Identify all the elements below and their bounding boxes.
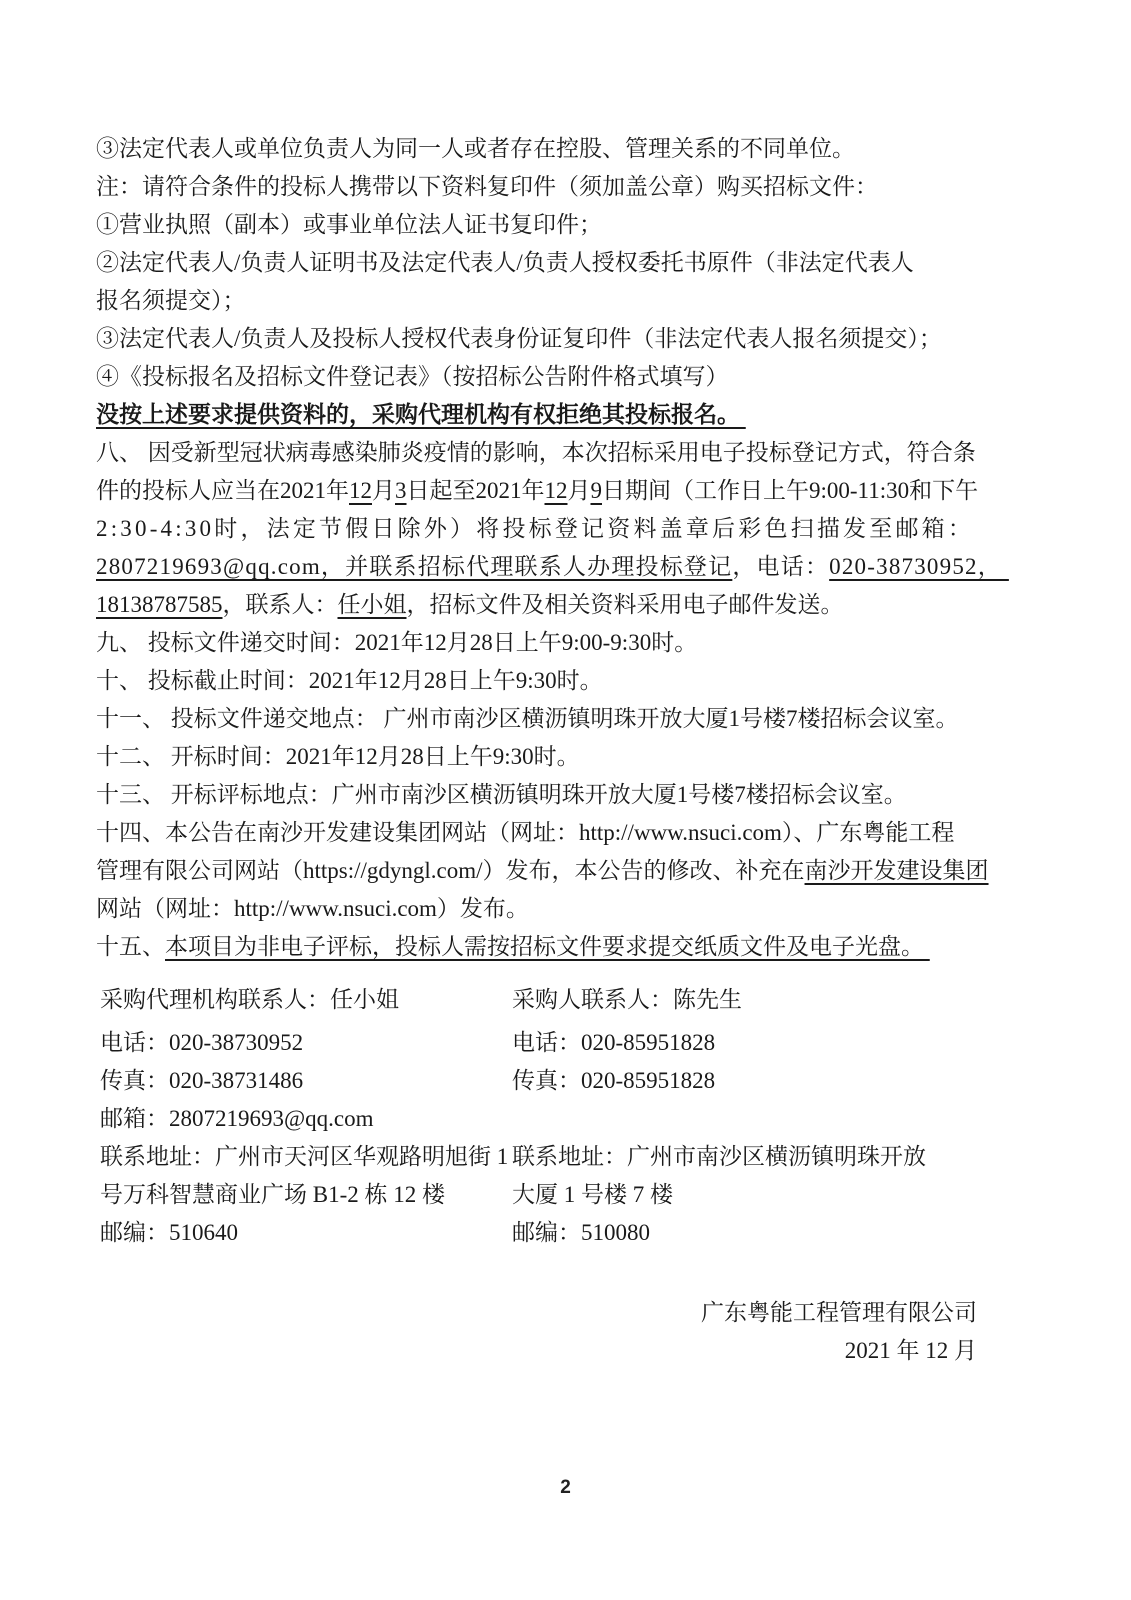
contact-row-postcode: 邮编：510640邮编：510080 [100, 1214, 1030, 1252]
text-run: 十一、 投标文件递交地点： 广州市南沙区横沥镇明珠开放大厦1号楼7楼招标会议室。 [96, 706, 959, 731]
text-run: 十三、 开标评标地点：广州市南沙区横沥镇明珠开放大厦1号楼7楼招标会议室。 [96, 782, 907, 807]
agency-persons: 采购代理机构联系人：任小姐 [100, 981, 512, 1019]
text-run: 管理有限公司网站（https://gdyngl.com/）发布，本公告的修改、补… [96, 858, 805, 883]
item-12: 十二、 开标时间：2021年12月28日上午9:30时。 [96, 738, 1030, 776]
item-14-line-2: 管理有限公司网站（https://gdyngl.com/）发布，本公告的修改、补… [96, 852, 1030, 890]
contact-row-persons: 采购代理机构联系人：任小姐采购人联系人：陈先生 [100, 981, 1030, 1019]
text-run: 2:30-4:30时，法定节假日除外）将投标登记资料盖章后彩色扫描发至邮箱： [96, 516, 974, 541]
text-run: ，联系人： [223, 592, 338, 617]
item-15: 十五、本项目为非电子评标，投标人需按招标文件要求提交纸质文件及电子光盘。 [96, 928, 1030, 966]
contact-row-fax: 传真：020-38731486传真：020-85951828 [100, 1062, 1030, 1100]
note-header: 注：请符合条件的投标人携带以下资料复印件（须加盖公章）购买招标文件： [96, 168, 1030, 206]
signature-date: 2021 年 12 月 [96, 1332, 977, 1370]
purchaser-address-1: 联系地址：广州市南沙区横沥镇明珠开放 [512, 1138, 1030, 1176]
text-run: 十二、 开标时间：2021年12月28日上午9:30时。 [96, 744, 580, 769]
item-8-line-5: 18138787585，联系人：任小姐，招标文件及相关资料采用电子邮件发送。 [96, 586, 1030, 624]
text-run: 报名须提交）； [96, 288, 246, 313]
purchaser-fax: 传真：020-85951828 [512, 1062, 1030, 1100]
text-run: 3 [395, 478, 407, 503]
note-item-3: ③法定代表人或单位负责人为同一人或者存在控股、管理关系的不同单位。 [96, 130, 1030, 168]
text-run: 本项目为非电子评标，投标人需按招标文件要求提交纸质文件及电子光盘。 [165, 934, 930, 959]
purchaser-postcode: 邮编：510080 [512, 1214, 1030, 1252]
item-14-line-3: 网站（网址：http://www.nsuci.com）发布。 [96, 890, 1030, 928]
purchaser-phone: 电话：020-85951828 [512, 1024, 1030, 1062]
document-lines: ③法定代表人或单位负责人为同一人或者存在控股、管理关系的不同单位。注：请符合条件… [96, 130, 1030, 966]
text-run: 件的投标人应当在2021年 [96, 478, 349, 503]
item-8-line-3: 2:30-4:30时，法定节假日除外）将投标登记资料盖章后彩色扫描发至邮箱： [96, 510, 1030, 548]
item-13: 十三、 开标评标地点：广州市南沙区横沥镇明珠开放大厦1号楼7楼招标会议室。 [96, 776, 1030, 814]
contact-row-email: 邮箱：2807219693@qq.com [100, 1100, 1030, 1138]
text-run: 月 [568, 478, 591, 503]
required-doc-4: ④《投标报名及招标文件登记表》（按招标公告附件格式填写） [96, 358, 1030, 396]
purchaser-address-2: 大厦 1 号楼 7 楼 [512, 1176, 1030, 1214]
required-doc-1: ①营业执照（副本）或事业单位法人证书复印件； [96, 206, 1030, 244]
agency-phone: 电话：020-38730952 [100, 1024, 512, 1062]
text-run: 任小姐 [338, 592, 407, 617]
document-page: ③法定代表人或单位负责人为同一人或者存在控股、管理关系的不同单位。注：请符合条件… [0, 0, 1131, 1600]
text-run: ④《投标报名及招标文件登记表》（按招标公告附件格式填写） [96, 364, 729, 389]
contact-section: 采购代理机构联系人：任小姐采购人联系人：陈先生电话：020-38730952电话… [100, 981, 1030, 1252]
contact-row-phone: 电话：020-38730952电话：020-85951828 [100, 1024, 1030, 1062]
text-run: 没按上述要求提供资料的，采购代理机构有权拒绝其投标报名。 [96, 402, 746, 427]
text-run: 日起至2021年 [407, 478, 545, 503]
item-8-line-1: 八、 因受新型冠状病毒感染肺炎疫情的影响，本次招标采用电子投标登记方式，符合条 [96, 434, 1030, 472]
signature-company: 广东粤能工程管理有限公司 [96, 1294, 977, 1332]
text-run: ，招标文件及相关资料采用电子邮件发送。 [407, 592, 844, 617]
contact-row-address-2: 号万科智慧商业广场 B1-2 栋 12 楼大厦 1 号楼 7 楼 [100, 1176, 1030, 1214]
text-run: 网站（网址：http://www.nsuci.com）发布。 [96, 896, 529, 921]
purchaser-persons: 采购人联系人：陈先生 [512, 981, 1030, 1019]
text-run: 020-38730952， [829, 554, 1009, 579]
text-run: 十四、本公告在南沙开发建设集团网站（网址：http://www.nsuci.co… [96, 820, 954, 845]
agency-postcode: 邮编：510640 [100, 1214, 512, 1252]
page-number: 2 [560, 1477, 571, 1498]
warning-statement: 没按上述要求提供资料的，采购代理机构有权拒绝其投标报名。 [96, 396, 1030, 434]
item-8-line-2: 件的投标人应当在2021年12月3日起至2021年12月9日期间（工作日上午9:… [96, 472, 1030, 510]
text-run: ②法定代表人/负责人证明书及法定代表人/负责人授权委托书原件（非法定代表人 [96, 250, 914, 275]
item-11: 十一、 投标文件递交地点： 广州市南沙区横沥镇明珠开放大厦1号楼7楼招标会议室。 [96, 700, 1030, 738]
required-doc-2-line-1: ②法定代表人/负责人证明书及法定代表人/负责人授权委托书原件（非法定代表人 [96, 244, 1030, 282]
text-run: 18138787585 [96, 592, 223, 617]
text-run: 12 [545, 478, 568, 503]
document-content: ③法定代表人或单位负责人为同一人或者存在控股、管理关系的不同单位。注：请符合条件… [0, 0, 1131, 1370]
agency-address-1: 联系地址：广州市天河区华观路明旭街 1 [100, 1138, 512, 1176]
page-footer: 2 [0, 1477, 1131, 1499]
text-run: ①营业执照（副本）或事业单位法人证书复印件； [96, 212, 602, 237]
text-run: 九、 投标文件递交时间：2021年12月28日上午9:00-9:30时。 [96, 630, 697, 655]
text-run: 十、 投标截止时间：2021年12月28日上午9:30时。 [96, 668, 603, 693]
purchaser-email [512, 1100, 1030, 1138]
required-doc-3: ③法定代表人/负责人及投标人授权代表身份证复印件（非法定代表人报名须提交）； [96, 320, 1030, 358]
item-10: 十、 投标截止时间：2021年12月28日上午9:30时。 [96, 662, 1030, 700]
contact-row-address-1: 联系地址：广州市天河区华观路明旭街 1联系地址：广州市南沙区横沥镇明珠开放 [100, 1138, 1030, 1176]
text-run: ③法定代表人或单位负责人为同一人或者存在控股、管理关系的不同单位。 [96, 136, 855, 161]
text-run: 南沙开发建设集团 [805, 858, 989, 883]
text-run: ，电话： [732, 554, 829, 579]
item-8-line-4: 2807219693@qq.com，并联系招标代理联系人办理投标登记，电话：02… [96, 548, 1030, 586]
text-run: 注：请符合条件的投标人携带以下资料复印件（须加盖公章）购买招标文件： [96, 174, 878, 199]
item-9: 九、 投标文件递交时间：2021年12月28日上午9:00-9:30时。 [96, 624, 1030, 662]
text-run: 十五、 [96, 934, 165, 959]
text-run: ③法定代表人/负责人及投标人授权代表身份证复印件（非法定代表人报名须提交）； [96, 326, 942, 351]
text-run: 9 [591, 478, 603, 503]
text-run: 八、 因受新型冠状病毒感染肺炎疫情的影响，本次招标采用电子投标登记方式，符合条 [96, 440, 976, 465]
agency-email: 邮箱：2807219693@qq.com [100, 1100, 512, 1138]
text-run: 月 [372, 478, 395, 503]
agency-address-2: 号万科智慧商业广场 B1-2 栋 12 楼 [100, 1176, 512, 1214]
text-run: 日期间（工作日上午9:00-11:30和下午 [602, 478, 978, 503]
text-run: 2807219693@qq.com，并联系招标代理联系人办理投标登记 [96, 554, 732, 579]
item-14-line-1: 十四、本公告在南沙开发建设集团网站（网址：http://www.nsuci.co… [96, 814, 1030, 852]
agency-fax: 传真：020-38731486 [100, 1062, 512, 1100]
signature-block: 广东粤能工程管理有限公司 2021 年 12 月 [96, 1294, 977, 1370]
required-doc-2-line-2: 报名须提交）； [96, 282, 1030, 320]
text-run: 12 [349, 478, 372, 503]
